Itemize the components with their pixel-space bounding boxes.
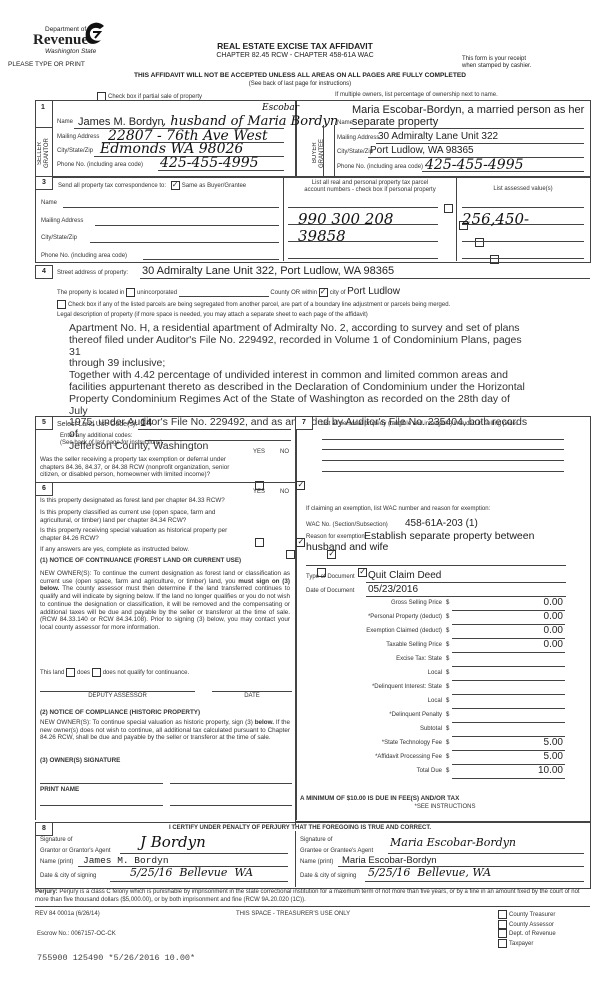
- copy-checkbox[interactable]: [498, 929, 507, 938]
- land-use-value[interactable]: 14: [140, 417, 152, 429]
- copy-checkbox[interactable]: [498, 910, 507, 919]
- dollar-sign: $: [446, 754, 449, 760]
- s3-mailing-field[interactable]: [95, 225, 279, 226]
- s3-mailing-label: Mailing Address: [41, 218, 83, 224]
- grantor-name-value[interactable]: James M. Bordyn: [83, 855, 169, 866]
- amount-value[interactable]: 0.00: [544, 611, 563, 622]
- copy-distribution-list: County TreasurerCounty AssessorDept. of …: [498, 910, 556, 949]
- wac-label: WAC No. (Section/Subsection): [306, 522, 388, 528]
- s3-phone-label: Phone No. (including area code): [41, 253, 127, 259]
- amount-row: *Delinquent Interest: State $: [300, 681, 590, 695]
- seller-name-handwritten: , husband of Maria Bordyn: [162, 114, 338, 129]
- buyer-mailing-value[interactable]: 30 Admiralty Lane Unit 322: [378, 131, 498, 142]
- doc-type-value[interactable]: Quit Claim Deed: [368, 570, 441, 581]
- footer-divider: [35, 906, 590, 907]
- personal-property-checkbox[interactable]: [444, 204, 453, 213]
- city-label: city of: [330, 290, 346, 296]
- seller-phone-value[interactable]: 425-455-4995: [160, 155, 259, 171]
- reason-line: [306, 565, 566, 566]
- parcel-number-line: [288, 207, 438, 208]
- location-row: The property is located in unincorporate…: [57, 286, 400, 297]
- continuance-row: This land does does not qualify for cont…: [40, 668, 189, 677]
- additional-codes-label: Enter any additional codes:: [60, 433, 132, 439]
- unincorporated-checkbox[interactable]: [126, 288, 135, 297]
- buyer-name-line2[interactable]: separate property: [352, 116, 438, 128]
- assessor-date-label: DATE: [212, 693, 292, 699]
- seller-name-label: Name: [57, 119, 73, 125]
- legal-label: Legal description of property (if more s…: [57, 312, 368, 318]
- notice1-title: (1) NOTICE OF CONTINUANCE (FOREST LAND O…: [40, 557, 241, 565]
- grantor-signature[interactable]: J Bordyn: [140, 833, 206, 851]
- dollar-sign: $: [446, 768, 449, 774]
- personal-property-checkbox[interactable]: [490, 255, 499, 264]
- s3-name-label: Name: [41, 200, 57, 206]
- deputy-assessor-line[interactable]: [40, 691, 195, 692]
- reason-label: Reason for exemption: [306, 534, 365, 540]
- personal-property-line-3[interactable]: [322, 460, 564, 461]
- land-use-line: [138, 429, 291, 430]
- buyer-name-line: [350, 128, 584, 129]
- doc-type-line: [366, 582, 566, 583]
- assessed-value-line: [462, 258, 584, 259]
- parcel-number-line: [288, 258, 438, 259]
- buyer-mailing-label: Mailing Address: [337, 135, 379, 141]
- grantor-date-label: Date & city of signing: [40, 873, 96, 879]
- does-not-qualify-checkbox[interactable]: [92, 668, 101, 677]
- dor-logo: Department of Revenue Washington State: [33, 22, 103, 60]
- perjury-text: Perjury is a class C felony which is pun…: [35, 889, 580, 903]
- amount-row: Taxable Selling Price $ 0.00: [300, 639, 590, 653]
- perjury-notice: Perjury: Perjury is a class C felony whi…: [35, 889, 590, 904]
- city-value[interactable]: Port Ludlow: [347, 286, 400, 297]
- buyer-phone-label: Phone No. (including area code): [337, 164, 423, 170]
- located-label: The property is located in: [57, 290, 124, 296]
- section-8-number: 8: [35, 822, 53, 836]
- parcel-list: 990 300 208 256,450- 39858: [0, 0, 600, 18]
- parcel-header-line1: List all real and personal property tax …: [284, 180, 456, 187]
- dollar-sign: $: [446, 726, 449, 732]
- notice1-text: NEW OWNER(S): To continue the current de…: [40, 570, 290, 632]
- amount-label: Exemption Claimed (deduct): [366, 628, 442, 634]
- multiple-owners-note: If multiple owners, list percentage of o…: [335, 92, 498, 98]
- assessor-date-line[interactable]: [212, 691, 292, 692]
- land-use-label: Select Land Use Code(s):: [57, 421, 137, 428]
- amount-row: Local $: [300, 695, 590, 709]
- section-4-number: 4: [35, 265, 53, 279]
- county-label: County OR within: [270, 290, 317, 296]
- minimum-note: A MINIMUM OF $10.00 IS DUE IN FEE(S) AND…: [300, 795, 590, 803]
- amount-value[interactable]: 5.00: [544, 751, 563, 762]
- copy-option[interactable]: Dept. of Revenue: [498, 929, 556, 939]
- section-6-top: [35, 482, 295, 483]
- legal-description-line: Property Condominium Regimes Act of the …: [69, 394, 529, 418]
- amount-value[interactable]: 0.00: [544, 597, 563, 608]
- grantor-date-line: [110, 881, 288, 882]
- amount-label: *Delinquent Penalty: [389, 712, 442, 718]
- section-7-number: 7: [295, 416, 313, 430]
- dollar-sign: $: [446, 600, 449, 606]
- certify-statement: I CERTIFY UNDER PENALTY OF PERJURY THAT …: [100, 825, 500, 831]
- perjury-bold: Perjury:: [35, 889, 58, 895]
- deputy-assessor-label: DEPUTY ASSESSOR: [40, 693, 195, 699]
- copy-label: Dept. of Revenue: [509, 931, 556, 937]
- dollar-sign: $: [446, 712, 449, 718]
- same-as-buyer-label: Same as Buyer/Grantee: [182, 183, 246, 189]
- s3-name-field[interactable]: [63, 207, 279, 208]
- amount-row: Exemption Claimed (deduct) $ 0.00: [300, 625, 590, 639]
- amount-row: Local $: [300, 667, 590, 681]
- amount-value[interactable]: 0.00: [544, 639, 563, 650]
- parcel-number[interactable]: 39858: [298, 227, 346, 245]
- assessed-value-line: [462, 241, 584, 242]
- s5-yes-header: YES: [253, 449, 265, 455]
- grantee-date-label: Date & city of signing: [300, 873, 356, 879]
- owner-signature-line-1[interactable]: [40, 783, 163, 784]
- please-type: PLEASE TYPE OR PRINT: [8, 61, 85, 68]
- seller-city-label: City/State/Zip: [57, 148, 93, 154]
- dollar-sign: $: [446, 740, 449, 746]
- receipt-note-line2: when stamped by cashier.: [462, 63, 531, 70]
- personal-property-line-1[interactable]: [322, 439, 564, 440]
- grantor-sig-label-1: Signature of: [40, 835, 111, 846]
- logo-washington-state: Washington State: [45, 48, 96, 55]
- amount-row: Gross Selling Price $ 0.00: [300, 597, 590, 611]
- doc-date-value[interactable]: 05/23/2016: [368, 584, 418, 595]
- s6-no-header: NO: [280, 489, 289, 495]
- s6-yes-checkbox[interactable]: [286, 550, 295, 559]
- seller-label: SELLER: [37, 142, 43, 165]
- segregated-option[interactable]: Check box if any of the listed parcels a…: [57, 300, 450, 309]
- copy-label: County Treasurer: [509, 912, 555, 918]
- grantor-signature-line: [120, 853, 288, 854]
- logo-revenue: Revenue: [33, 32, 88, 49]
- section-3-number: 3: [35, 176, 53, 190]
- street-label: Street address of property:: [57, 270, 128, 276]
- receipt-note-line1: This form is your receipt: [462, 56, 531, 63]
- grantee-name-value[interactable]: Maria Escobar-Bordyn: [342, 855, 437, 866]
- copy-option[interactable]: County Treasurer: [498, 910, 556, 920]
- grantee-sig-label: Signature of Grantee or Grantee's Agent: [300, 835, 373, 857]
- notice2-bold: below.: [255, 719, 274, 726]
- form-subtitle: CHAPTER 82.45 RCW - CHAPTER 458-61A WAC: [160, 52, 430, 59]
- seller-name-typed[interactable]: James M. Bordyn: [78, 116, 164, 128]
- section-1-number: 1: [41, 104, 45, 111]
- treasurer-note: THIS SPACE - TREASURER'S USE ONLY: [236, 911, 350, 917]
- copy-checkbox[interactable]: [498, 920, 507, 929]
- parcel-number[interactable]: 990 300 208: [298, 210, 393, 228]
- treasurer-stamp: 755900 125490 *5/26/2016 10.00*: [37, 953, 195, 963]
- grantee-name-label: Name (print): [300, 859, 333, 865]
- buyer-city-value[interactable]: Port Ludlow, WA 98365: [370, 145, 474, 156]
- instructions-note: (See back of last page for instructions): [0, 81, 600, 87]
- form-title: REAL ESTATE EXCISE TAX AFFIDAVIT: [160, 41, 430, 51]
- parcel-header: List all real and personal property tax …: [284, 180, 456, 194]
- buyer-mailing-line: [376, 143, 584, 144]
- print-name-label: PRINT NAME: [40, 786, 290, 794]
- s6-question: Is this property classified as current u…: [40, 509, 245, 524]
- notice2-title: (2) NOTICE OF COMPLIANCE (HISTORIC PROPE…: [40, 709, 290, 717]
- notice2-text-a: NEW OWNER(S): To continue special valuat…: [40, 719, 253, 726]
- amount-row: *State Technology Fee $ 5.00: [300, 737, 590, 751]
- dollar-sign: $: [446, 642, 449, 648]
- amount-label: *State Technology Fee: [382, 740, 442, 746]
- segregated-label: Check box if any of the listed parcels a…: [68, 302, 450, 308]
- copy-label: County Assessor: [509, 922, 554, 928]
- amount-label: *Personal Property (deduct): [368, 614, 442, 620]
- legal-description-line: facilities appurtenant thereto as descri…: [69, 382, 529, 394]
- amount-value[interactable]: 10.00: [538, 765, 563, 776]
- personal-property-checkbox[interactable]: [475, 238, 484, 247]
- seller-phone-label: Phone No. (including area code): [57, 162, 143, 168]
- street-value[interactable]: 30 Admiralty Lane Unit 322, Port Ludlow,…: [142, 265, 394, 277]
- buyer-city-label: City/State/Zip: [337, 149, 373, 155]
- see-instructions: *SEE INSTRUCTIONS: [300, 804, 590, 810]
- does-qualify-checkbox[interactable]: [66, 668, 75, 677]
- section-1-gutter-divider: [35, 127, 52, 128]
- amount-label: Total Due: [417, 768, 442, 774]
- owner-signature-title: (3) OWNER(S) SIGNATURE: [40, 757, 290, 765]
- doc-type-label: Type of Document: [306, 574, 355, 580]
- escrow-number: Escrow No.: 0067157-OC-CK: [37, 931, 116, 937]
- grantee-label: GRANTEE: [319, 139, 325, 168]
- dollar-sign: $: [446, 684, 449, 690]
- same-as-buyer-checkbox[interactable]: [171, 181, 180, 190]
- form-number: REV 84 0001a (6/26/14): [35, 911, 100, 917]
- s6-question: Is this property designated as forest la…: [40, 497, 245, 505]
- assessed-header: List assessed value(s): [457, 186, 589, 192]
- send-correspondence: Send all property tax correspondence to:…: [58, 181, 246, 190]
- amount-row: *Delinquent Penalty $: [300, 709, 590, 723]
- copy-option[interactable]: County Assessor: [498, 920, 556, 930]
- warning-banner: THIS AFFIDAVIT WILL NOT BE ACCEPTED UNLE…: [0, 72, 600, 79]
- grantee-date-line: [365, 881, 584, 882]
- buyer-name-line1[interactable]: Maria Escobar-Bordyn, a married person a…: [352, 104, 584, 116]
- copy-option[interactable]: Taxpayer: [498, 939, 556, 949]
- seller-name-insert: Escobar: [262, 103, 299, 113]
- dollar-sign: $: [446, 698, 449, 704]
- does-not-label: does not qualify for continuance.: [103, 670, 189, 676]
- parcel-header-line2: account numbers - check box if personal …: [284, 187, 456, 194]
- s3-phone-field[interactable]: [143, 259, 279, 260]
- dor-swirl-icon: [83, 22, 105, 46]
- reason-line1[interactable]: Establish separate property between: [364, 530, 534, 542]
- amount-value[interactable]: 5.00: [544, 737, 563, 748]
- notice2-text: NEW OWNER(S): To continue special valuat…: [40, 719, 290, 742]
- s6-yes-header: YES: [253, 489, 265, 495]
- personal-property-label: List all personal property (tangible and…: [321, 421, 517, 427]
- amount-line: [452, 778, 565, 779]
- s5-no-header: NO: [280, 449, 289, 455]
- buyer-label: BUYER: [312, 143, 318, 164]
- amount-label: Local: [428, 698, 442, 704]
- street-line: [140, 278, 590, 279]
- city-checkbox[interactable]: [319, 288, 328, 297]
- reason-line2[interactable]: husband and wife: [306, 541, 388, 553]
- amount-label: *Delinquent Interest: State: [372, 684, 442, 690]
- notice1-text-b: The county assessor must then determine …: [40, 585, 290, 631]
- grantor-date-value[interactable]: 5/25/16 Bellevue WA: [130, 866, 253, 879]
- grantee-sig-label-1: Signature of: [300, 835, 373, 846]
- section-5-top: [35, 416, 295, 417]
- additional-codes-field[interactable]: [145, 440, 291, 441]
- grantee-date-value[interactable]: 5/25/16 Bellevue, WA: [368, 866, 491, 879]
- dollar-sign: $: [446, 614, 449, 620]
- exemption-question: Was the seller receiving a property tax …: [40, 456, 245, 479]
- amount-label: Excise Tax: State: [396, 656, 442, 662]
- wac-value[interactable]: 458-61A-203 (1): [405, 518, 478, 529]
- assessed-value-line: [462, 207, 584, 208]
- grantor-label: GRANTOR: [44, 138, 50, 168]
- amount-label: Taxable Selling Price: [386, 642, 442, 648]
- s6-question: Is this property receiving special valua…: [40, 527, 245, 542]
- amount-row: *Personal Property (deduct) $ 0.00: [300, 611, 590, 625]
- s3-city-field[interactable]: [90, 242, 279, 243]
- dollar-sign: $: [446, 656, 449, 662]
- segregated-checkbox[interactable]: [57, 300, 66, 309]
- seller-mailing-label: Mailing Address: [57, 134, 99, 140]
- personal-property-line-4[interactable]: [322, 471, 564, 472]
- receipt-note: This form is your receipt when stamped b…: [462, 56, 531, 70]
- amount-label: *Affidavit Processing Fee: [375, 754, 442, 760]
- amount-label: Local: [428, 670, 442, 676]
- doc-date-label: Date of Document: [306, 588, 354, 594]
- amount-row: Subtotal $: [300, 723, 590, 737]
- buyer-grantee-label: BUYERGRANTEE: [312, 135, 326, 171]
- buyer-phone-line: [422, 171, 584, 172]
- personal-property-line-2[interactable]: [322, 449, 564, 450]
- copy-checkbox[interactable]: [498, 939, 507, 948]
- buyer-name-label: Name: [337, 120, 353, 126]
- exemption-claim-label: If claiming an exemption, list WAC numbe…: [306, 506, 490, 512]
- county-field[interactable]: [179, 290, 269, 297]
- s3-city-label: City/State/Zip: [41, 235, 77, 241]
- grantee-signature-line: [388, 853, 584, 854]
- amount-label: Gross Selling Price: [391, 600, 442, 606]
- seller-grantor-label: SELLERGRANTOR: [37, 135, 51, 171]
- dollar-sign: $: [446, 628, 449, 634]
- section-6-number: 6: [35, 482, 53, 496]
- amount-row: Excise Tax: State $: [300, 653, 590, 667]
- copy-label: Taxpayer: [509, 941, 533, 947]
- assessed-value[interactable]: 256,450-: [462, 210, 529, 228]
- this-land-label: This land: [40, 670, 64, 676]
- owner-signature-line-2[interactable]: [170, 783, 292, 784]
- additional-codes-note: (See back of last page for instructions): [60, 440, 162, 446]
- print-name-line-2[interactable]: [170, 805, 292, 806]
- unincorporated-label: unincorporated: [137, 290, 177, 296]
- send-correspondence-label: Send all property tax correspondence to:: [58, 183, 166, 189]
- grantor-name-label: Name (print): [40, 859, 73, 865]
- amount-label: Subtotal: [420, 726, 442, 732]
- grantor-sig-label: Signature of Grantor or Grantor's Agent: [40, 835, 111, 857]
- amount-value[interactable]: 0.00: [544, 625, 563, 636]
- if-yes-note: If any answers are yes, complete as inst…: [40, 546, 189, 554]
- amount-row: *Affidavit Processing Fee $ 5.00: [300, 751, 590, 765]
- legal-description-line: thereof filed under Auditor's File No. 2…: [69, 335, 529, 359]
- section-5-number: 5: [35, 416, 53, 430]
- s6-yes-checkbox[interactable]: [255, 538, 264, 547]
- grantee-signature[interactable]: Maria Escobar-Bordyn: [390, 836, 516, 849]
- section-8-divider: [295, 822, 296, 887]
- amount-row: Total Due $ 10.00: [300, 765, 590, 779]
- does-label: does: [77, 670, 90, 676]
- print-name-line-1[interactable]: [40, 805, 163, 806]
- dollar-sign: $: [446, 670, 449, 676]
